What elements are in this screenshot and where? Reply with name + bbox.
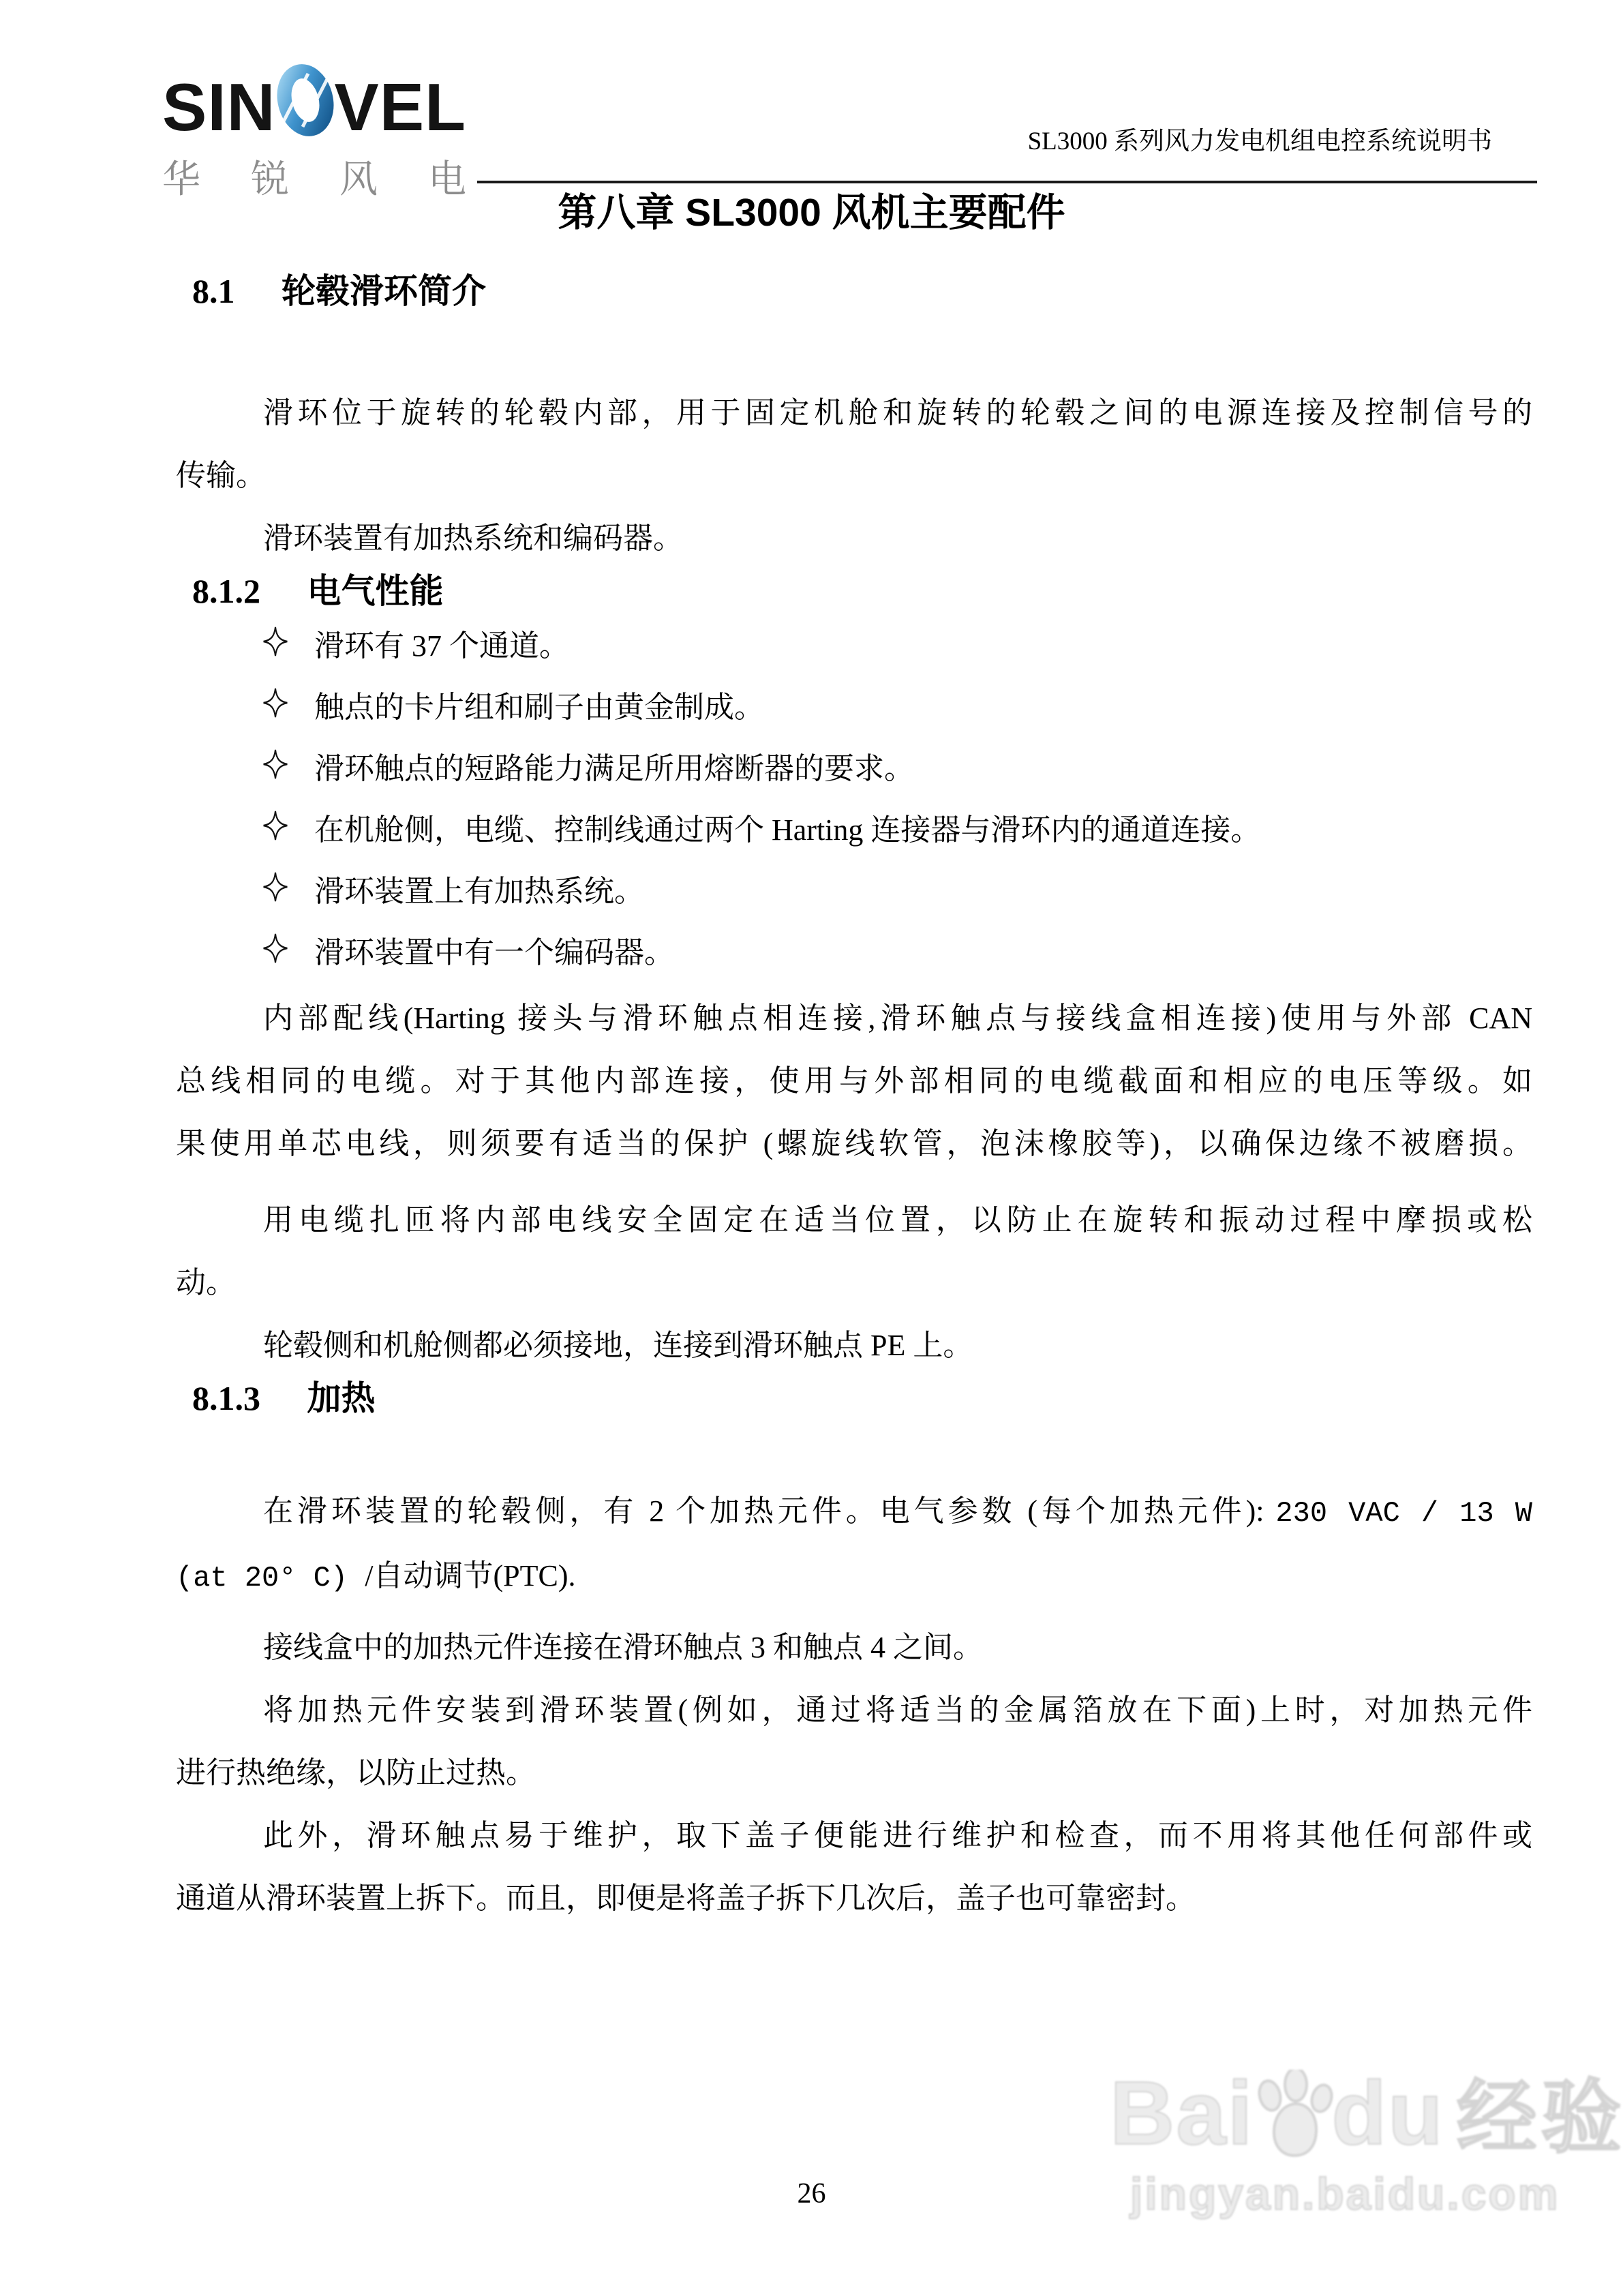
list-item: 在机舱侧，电缆、控制线通过两个 Harting 连接器与滑环内的通道连接。: [176, 796, 1532, 858]
paw-icon: [1248, 2070, 1337, 2168]
list-item-text: 滑环装置中有一个编码器。: [314, 928, 674, 971]
paragraph-line: 滑环装置有加热系统和编码器。: [176, 507, 1532, 570]
list-item: 滑环装置上有加热系统。: [176, 858, 1532, 919]
paragraph-text: 在滑环装置的轮毂侧，有 2 个加热元件。电气参数 (每个加热元件):: [263, 1494, 1275, 1528]
paragraph: 滑环装置有加热系统和编码器。: [176, 507, 1532, 570]
page-content: 8.1 轮毂滑环简介 滑环位于旋转的轮毂内部，用于固定机舱和旋转的轮毂之间的电源…: [176, 270, 1532, 1930]
list-item-text: 在机舱侧，电缆、控制线通过两个 Harting 连接器与滑环内的通道连接。: [314, 805, 1260, 849]
paragraph: 将加热元件安装到滑环装置(例如，通过将适当的金属箔放在下面)上时，对加热元件 进…: [176, 1679, 1532, 1804]
list-item: 滑环触点的短路能力满足所用熔断器的要求。: [176, 735, 1532, 796]
paragraph-line: 总线相同的电缆。对于其他内部连接，使用与外部相同的电缆截面和相应的电压等级。如: [176, 1050, 1532, 1113]
paragraph: 用电缆扎匝将内部电线安全固定在适当位置，以防止在旋转和振动过程中摩损或松 动。: [176, 1189, 1532, 1314]
paragraph-line: 传输。: [176, 444, 1532, 507]
logo-text-right: VEL: [334, 74, 466, 140]
logo-text-left: SIN: [162, 74, 275, 140]
diamond-bullet-icon: [262, 871, 288, 906]
paragraph-line: 此外，滑环触点易于维护，取下盖子便能进行维护和检查，而不用将其他任何部件或: [176, 1804, 1532, 1867]
sinovel-logo: SIN VEL 华锐风电: [162, 65, 517, 198]
diamond-bullet-icon: [262, 749, 288, 783]
paragraph: 内部配线(Harting 接头与滑环触点相连接,滑环触点与接线盒相连接)使用与外…: [176, 987, 1532, 1175]
paragraph: 轮毂侧和机舱侧都必须接地，连接到滑环触点 PE 上。: [176, 1314, 1532, 1377]
paragraph-line: 动。: [176, 1252, 1532, 1314]
paragraph-line: (at 20° C) /自动调节(PTC).: [176, 1545, 1532, 1610]
sinovel-logo-wordmark: SIN VEL: [162, 65, 517, 148]
section-title: 电气性能: [307, 572, 444, 610]
paragraph: 在滑环装置的轮毂侧，有 2 个加热元件。电气参数 (每个加热元件): 230 V…: [176, 1480, 1532, 1610]
paragraph-line: 进行热绝缘，以防止过热。: [176, 1742, 1532, 1804]
list-item-text: 触点的卡片组和刷子由黄金制成。: [314, 682, 764, 726]
section-heading-8-1-3: 8.1.3 加热: [176, 1377, 1532, 1419]
paragraph-line: 内部配线(Harting 接头与滑环触点相连接,滑环触点与接线盒相连接)使用与外…: [176, 987, 1532, 1050]
section-number: 8.1: [192, 272, 235, 310]
diamond-bullet-icon: [262, 687, 288, 722]
watermark-text-du: du: [1331, 2068, 1444, 2158]
header-divider: [477, 181, 1537, 183]
list-item-text: 滑环装置上有加热系统。: [314, 866, 644, 910]
paragraph-line: 接线盒中的加热元件连接在滑环触点 3 和触点 4 之间。: [176, 1616, 1532, 1679]
paragraph-line: 在滑环装置的轮毂侧，有 2 个加热元件。电气参数 (每个加热元件): 230 V…: [176, 1480, 1532, 1545]
electrical-spec-value: 230 VAC / 13 W: [1275, 1497, 1532, 1530]
document-page: SIN VEL 华锐风电 SL3000: [0, 0, 1623, 2296]
paragraph-line: 滑环位于旋转的轮毂内部，用于固定机舱和旋转的轮毂之间的电源连接及控制信号的: [176, 382, 1532, 444]
list-item: 触点的卡片组和刷子由黄金制成。: [176, 674, 1532, 735]
paragraph-line: 轮毂侧和机舱侧都必须接地，连接到滑环触点 PE 上。: [176, 1314, 1532, 1377]
section-heading-8-1: 8.1 轮毂滑环简介: [176, 270, 1532, 312]
section-number: 8.1.2: [192, 572, 260, 610]
list-item-text: 滑环有 37 个通道。: [314, 621, 569, 665]
diamond-bullet-icon: [262, 626, 288, 661]
list-item: 滑环装置中有一个编码器。: [176, 919, 1532, 980]
list-item-text: 滑环触点的短路能力满足所用熔断器的要求。: [314, 744, 914, 787]
section-number: 8.1.3: [192, 1379, 260, 1417]
paragraph-line: 将加热元件安装到滑环装置(例如，通过将适当的金属箔放在下面)上时，对加热元件: [176, 1679, 1532, 1742]
watermark-logo-row: Bai du 经验: [1110, 2060, 1623, 2158]
diamond-bullet-icon: [262, 810, 288, 845]
paragraph: 接线盒中的加热元件连接在滑环触点 3 和触点 4 之间。: [176, 1616, 1532, 1679]
logo-swirl-o-icon: [274, 64, 337, 147]
paragraph: 滑环位于旋转的轮毂内部，用于固定机舱和旋转的轮毂之间的电源连接及控制信号的 传输…: [176, 382, 1532, 507]
list-item: 滑环有 37 个通道。: [176, 612, 1532, 674]
chapter-title: 第八章 SL3000 风机主要配件: [0, 191, 1623, 235]
diamond-bullet-icon: [262, 933, 288, 967]
paragraph: 此外，滑环触点易于维护，取下盖子便能进行维护和检查，而不用将其他任何部件或 通道…: [176, 1804, 1532, 1930]
watermark-text-bai: Bai: [1110, 2068, 1254, 2158]
paragraph-line: 通道从滑环装置上拆下。而且，即便是将盖子拆下几次后，盖子也可靠密封。: [176, 1867, 1532, 1930]
paragraph-text: /自动调节(PTC).: [365, 1559, 575, 1592]
page-number: 26: [0, 2177, 1623, 2210]
section-title: 轮毂滑环简介: [282, 272, 486, 310]
section-title: 加热: [307, 1379, 376, 1417]
paragraph-line: 果使用单芯电线，则须要有适当的保护 (螺旋线软管，泡沫橡胶等)，以确保边缘不被磨…: [176, 1113, 1532, 1175]
bullet-list: 滑环有 37 个通道。 触点的卡片组和刷子由黄金制成。 滑环触点的短路能力满足所…: [176, 612, 1532, 980]
paragraph-line: 用电缆扎匝将内部电线安全固定在适当位置，以防止在旋转和振动过程中摩损或松: [176, 1189, 1532, 1252]
header-doc-title: SL3000 系列风力发电机组电控系统说明书: [1028, 127, 1492, 157]
section-heading-8-1-2: 8.1.2 电气性能: [176, 570, 1532, 612]
temperature-spec-value: (at 20° C): [176, 1562, 365, 1595]
watermark-text-jingyan: 经验: [1457, 2078, 1623, 2158]
